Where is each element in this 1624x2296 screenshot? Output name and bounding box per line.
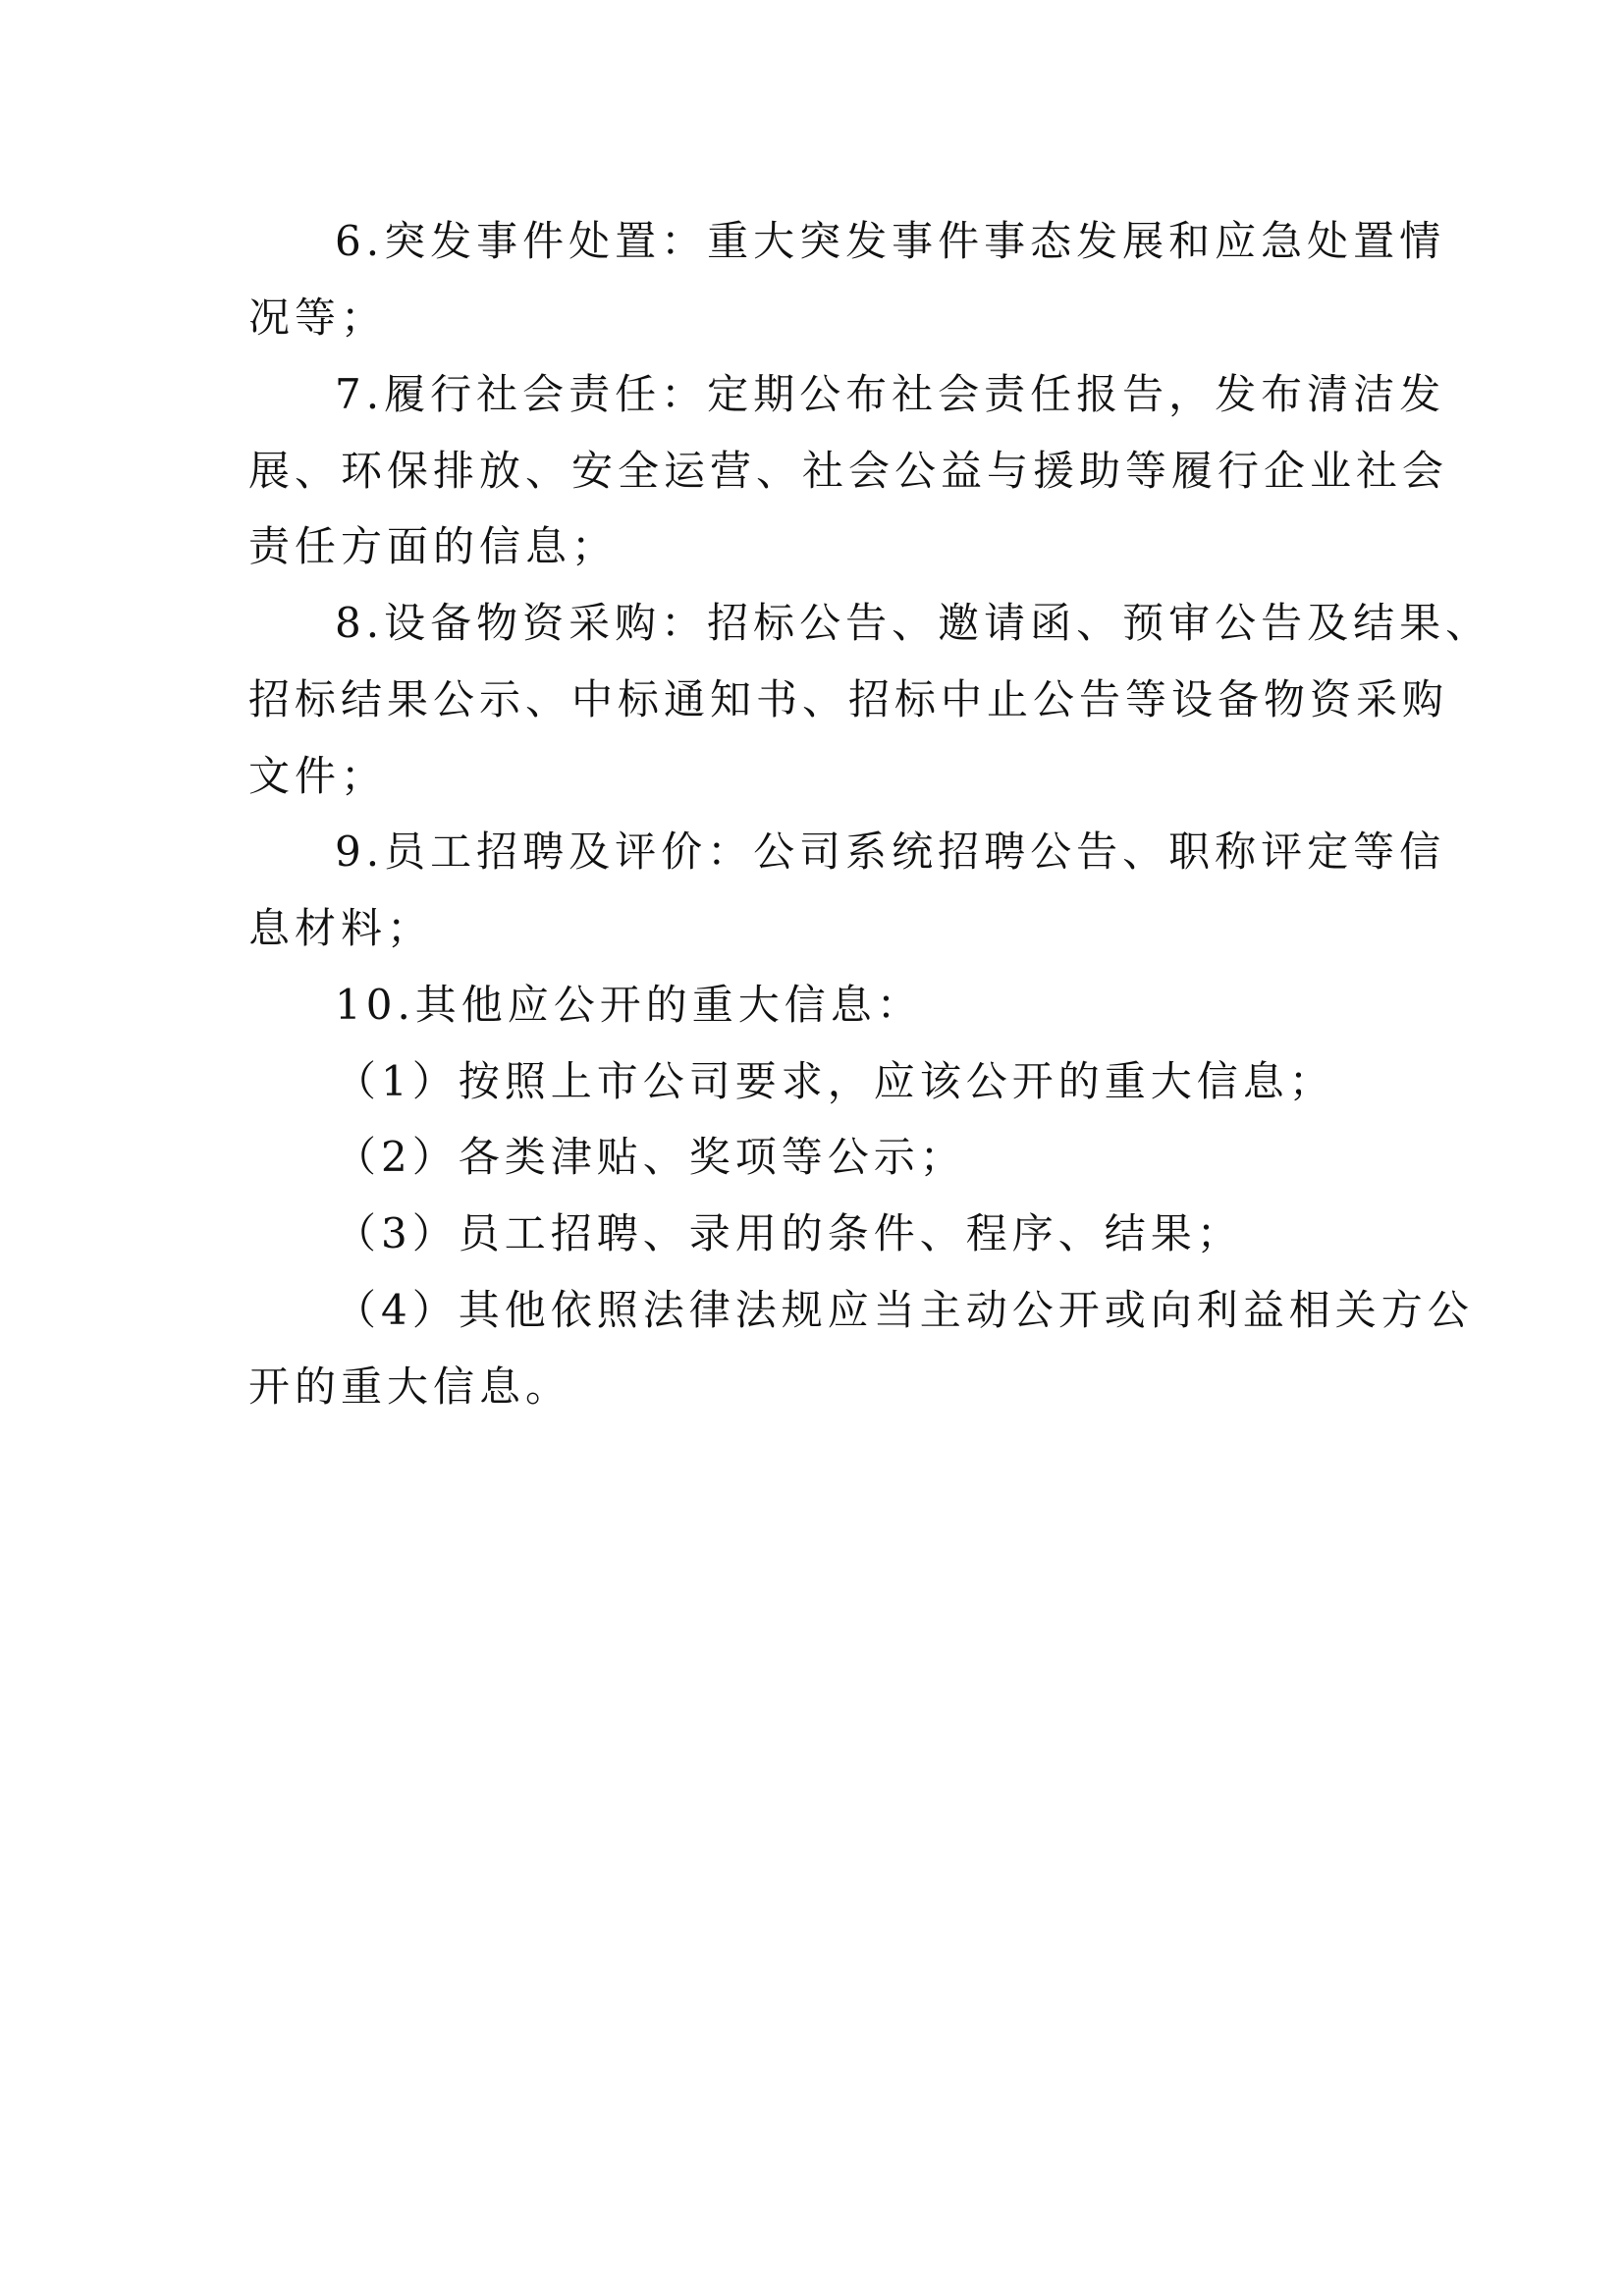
- subitem-3: （3）员工招聘、录用的条件、程序、结果；: [335, 1208, 1243, 1259]
- item-7-line-3: 责任方面的信息；: [248, 521, 618, 572]
- item-8-line-1: 8.设备物资采购：招标公告、邀请函、预审公告及结果、: [335, 598, 1491, 649]
- item-7-line-1: 7.履行社会责任：定期公布社会责任报告，发布清洁发: [335, 369, 1445, 420]
- item-9-line-2: 息材料；: [248, 903, 433, 954]
- item-10-heading: 10.其他应公开的重大信息：: [335, 980, 923, 1031]
- item-8-line-3: 文件；: [248, 751, 387, 802]
- item-9-line-1: 9.员工招聘及评价：公司系统招聘公告、职称评定等信: [335, 827, 1445, 878]
- item-8-line-2: 招标结果公示、中标通知书、招标中止公告等设备物资采购: [248, 674, 1448, 725]
- subitem-2: （2）各类津贴、奖项等公示；: [335, 1132, 966, 1183]
- item-6-line-1: 6.突发事件处置：重大突发事件事态发展和应急处置情: [335, 216, 1445, 267]
- subitem-4-line-2: 开的重大信息。: [248, 1362, 571, 1413]
- item-7-line-2: 展、环保排放、安全运营、社会公益与援助等履行企业社会: [248, 446, 1448, 497]
- subitem-4-line-1: （4）其他依照法律法规应当主动公开或向利益相关方公: [335, 1285, 1474, 1336]
- document-page: 6.突发事件处置：重大突发事件事态发展和应急处置情 况等； 7.履行社会责任：定…: [0, 0, 1624, 2296]
- item-6-line-2: 况等；: [248, 293, 387, 344]
- subitem-1: （1）按照上市公司要求，应该公开的重大信息；: [335, 1056, 1335, 1107]
